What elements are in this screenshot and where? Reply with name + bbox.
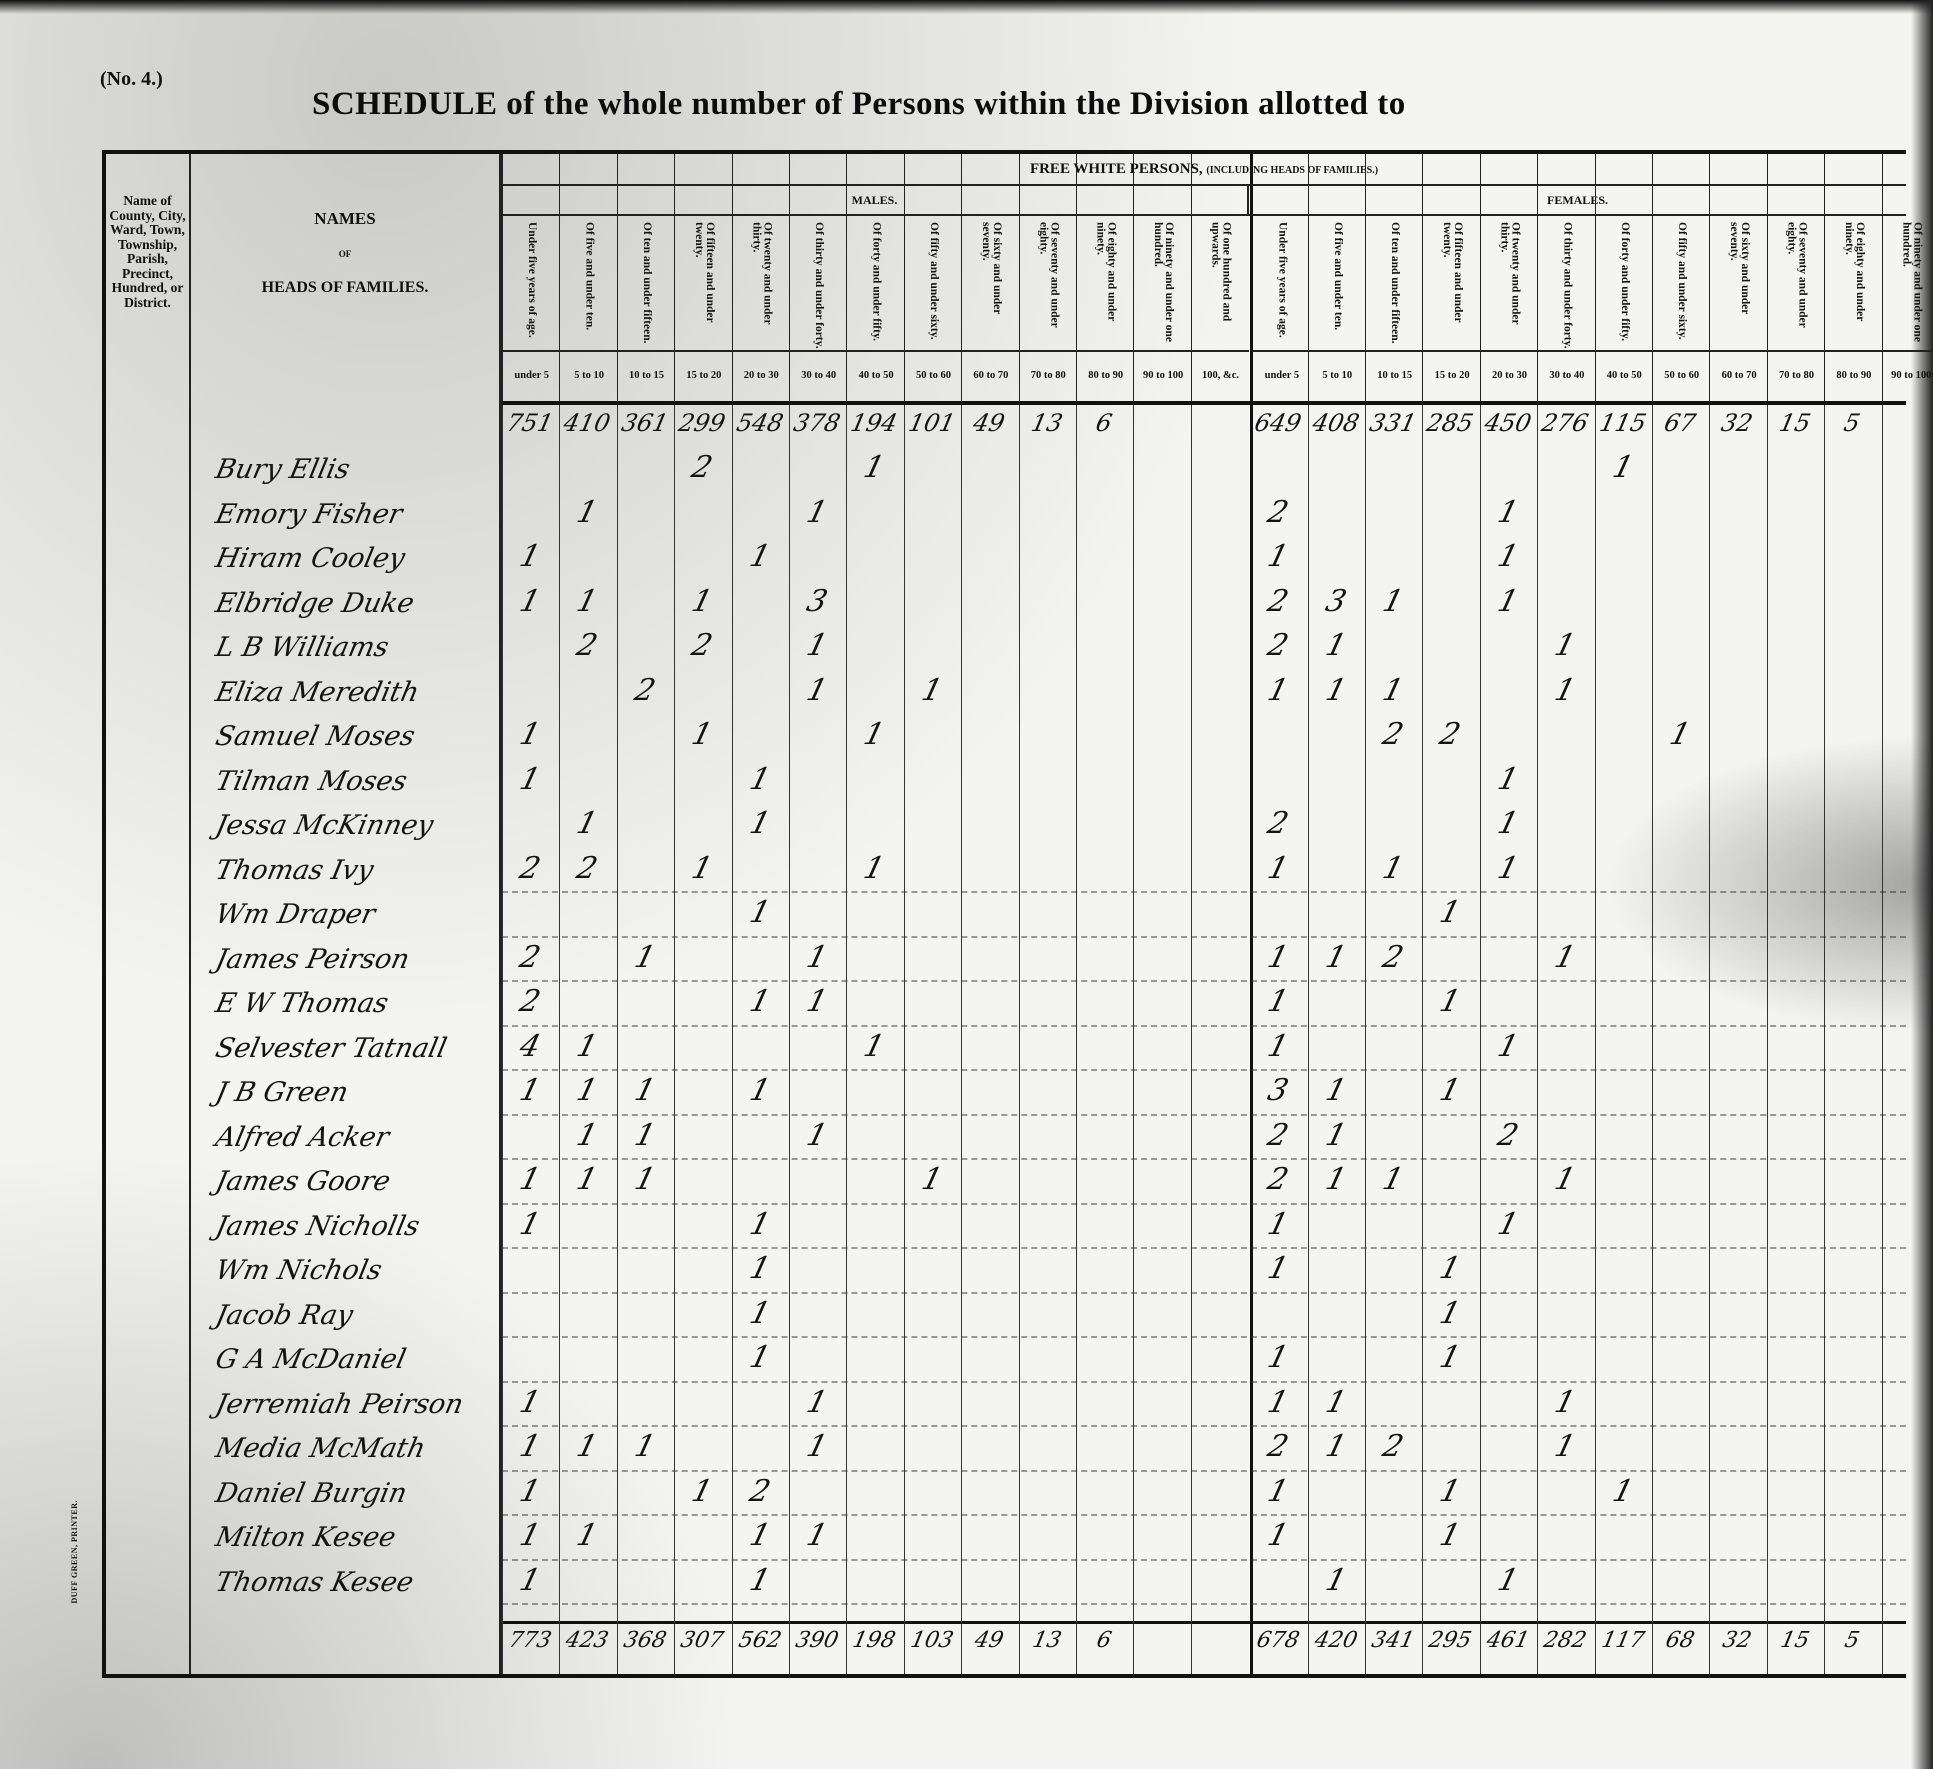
head-of-family-name: Wm Nichols — [213, 1255, 385, 1286]
age-range-label: 10 to 15 — [618, 352, 675, 400]
head-of-family-name: Milton Kesee — [213, 1522, 399, 1553]
tally-cell: 1 — [502, 717, 559, 752]
m-age-column-header: Of fifty and under sixty.50 to 60 — [904, 154, 962, 401]
age-column-label: Of eighty and under ninety. — [1077, 218, 1134, 352]
row-guide-line — [502, 1158, 1906, 1160]
m-age-column-header: Under five years of age.under 5 — [502, 154, 560, 401]
row-guide-line — [502, 1381, 1906, 1383]
f-age-column-header: Of ninety and under one hundred.90 to 10… — [1882, 154, 1933, 401]
m-age-column-header: Of fifteen and under twenty.15 to 20 — [674, 154, 732, 401]
head-of-family-name: Jerremiah Peirson — [213, 1389, 466, 1420]
tally-cell: 1 — [502, 1474, 559, 1509]
total-cell: 285 — [1423, 409, 1477, 437]
column-rule — [1595, 405, 1596, 1674]
column-rule — [1882, 405, 1883, 1674]
column-rule — [617, 405, 618, 1674]
tally-cell: 1 — [616, 940, 673, 975]
age-range-label: 40 to 50 — [1596, 352, 1653, 400]
tally-cell: 1 — [1537, 1385, 1594, 1420]
tally-cell: 1 — [1250, 673, 1307, 708]
total-cell: 450 — [1481, 409, 1535, 437]
schedule-title: SCHEDULE of the whole number of Persons … — [312, 86, 1406, 123]
head-of-family-name: Samuel Moses — [213, 721, 418, 752]
m-age-column-header: Of seventy and under eighty.70 to 80 — [1019, 154, 1077, 401]
total-cell: 6 — [1077, 1628, 1130, 1653]
tally-cell: 1 — [731, 895, 788, 930]
age-column-label: Of thirty and under forty. — [1538, 218, 1595, 352]
age-column-headers: FREE WHITE PERSONS, (INCLUDING HEADS OF … — [502, 154, 1906, 405]
tally-cell: 1 — [789, 984, 846, 1019]
total-cell: 276 — [1538, 409, 1592, 437]
tally-cell: 1 — [502, 1518, 559, 1553]
age-column-label: Of fifteen and under twenty. — [1423, 218, 1480, 352]
age-column-label: Of twenty and under thirty. — [1481, 218, 1538, 352]
tally-cell: 1 — [1250, 1251, 1307, 1286]
tally-cell: 1 — [1250, 1207, 1307, 1242]
tally-cell: 1 — [1307, 1429, 1364, 1464]
tally-cell: 1 — [846, 717, 903, 752]
tally-cell: 2 — [616, 673, 673, 708]
total-cell: 5 — [1825, 409, 1879, 437]
tally-cell: 1 — [1422, 984, 1479, 1019]
head-of-family-name: James Peirson — [213, 944, 413, 975]
age-label-text: Of twenty and under thirty. — [1498, 218, 1520, 350]
tally-cell: 1 — [1479, 806, 1536, 841]
head-of-family-name: Eliza Meredith — [213, 677, 422, 708]
row-guide-line — [502, 1025, 1906, 1027]
tally-cell: 1 — [731, 984, 788, 1019]
tally-cell: 1 — [502, 1162, 559, 1197]
tally-cell: 1 — [846, 450, 903, 485]
total-cell: 461 — [1481, 1628, 1534, 1653]
age-column-label: Of thirty and under forty. — [790, 218, 847, 352]
age-label-text: Of forty and under fifty. — [871, 218, 882, 341]
tally-cell: 1 — [1537, 673, 1594, 708]
age-column-label: Of sixty and under seventy. — [962, 218, 1019, 352]
tally-cell: 1 — [502, 1429, 559, 1464]
tally-cell: 1 — [1537, 1162, 1594, 1197]
total-cell: 32 — [1711, 1628, 1764, 1653]
tally-cell: 1 — [1307, 1073, 1364, 1108]
tally-cell: 1 — [1250, 1385, 1307, 1420]
tally-cell: 1 — [616, 1118, 673, 1153]
tally-cell: 1 — [1307, 673, 1364, 708]
row-guide-line — [502, 980, 1906, 982]
tally-cell: 1 — [731, 1251, 788, 1286]
m-age-column-header: Of ten and under fifteen.10 to 15 — [617, 154, 675, 401]
names-column-header: NAMES OF HEADS OF FAMILIES. — [191, 209, 499, 297]
column-rule — [961, 405, 962, 1674]
head-of-family-name: James Goore — [213, 1166, 393, 1197]
tally-cell: 1 — [1537, 1429, 1594, 1464]
tally-cell: 1 — [731, 1073, 788, 1108]
row-guide-line — [502, 891, 1906, 893]
head-of-family-name: Thomas Kesee — [213, 1567, 417, 1598]
age-label-text: Of five and under ten. — [1332, 218, 1343, 330]
tally-cell: 1 — [1422, 895, 1479, 930]
total-cell: 15 — [1768, 1628, 1821, 1653]
tally-cell: 2 — [1479, 1118, 1536, 1153]
tally-cell: 2 — [502, 984, 559, 1019]
tally-cell: 1 — [731, 806, 788, 841]
tally-cell: 1 — [1365, 673, 1422, 708]
f-age-column-header: Of thirty and under forty.30 to 40 — [1537, 154, 1595, 401]
row-guide-line — [502, 1203, 1906, 1205]
total-cell: 68 — [1653, 1628, 1706, 1653]
age-range-label: 50 to 60 — [905, 352, 962, 400]
tally-cell: 1 — [616, 1162, 673, 1197]
tally-cell: 1 — [1250, 940, 1307, 975]
age-label-text: Of seventy and under eighty. — [1037, 218, 1059, 350]
age-label-text: Of fifty and under sixty. — [928, 218, 939, 340]
tally-cell: 2 — [1250, 1162, 1307, 1197]
tally-cell: 1 — [1422, 1073, 1479, 1108]
county-column-header: Name of County, City, Ward, Town, Townsh… — [106, 194, 189, 310]
tally-cell: 1 — [731, 1340, 788, 1375]
tally-cell: 1 — [1594, 450, 1651, 485]
row-guide-line — [502, 1425, 1906, 1427]
age-range-label: 50 to 60 — [1653, 352, 1710, 400]
tally-cell: 2 — [1250, 806, 1307, 841]
tally-cell: 1 — [789, 1385, 846, 1420]
tally-cell: 1 — [1250, 1029, 1307, 1064]
row-guide-line — [502, 1114, 1906, 1116]
total-cell: 378 — [790, 409, 844, 437]
total-cell: 13 — [1020, 409, 1074, 437]
tally-cell: 1 — [1594, 1474, 1651, 1509]
age-range-label: 15 to 20 — [675, 352, 732, 400]
column-rule — [1191, 405, 1192, 1674]
age-range-label: 20 to 30 — [733, 352, 790, 400]
age-column-label: Of twenty and under thirty. — [733, 218, 790, 352]
m-age-column-header: Of five and under ten.5 to 10 — [559, 154, 617, 401]
head-of-family-name: L B Williams — [213, 632, 392, 663]
head-of-family-name: J B Green — [213, 1077, 351, 1108]
total-cell: 6 — [1077, 409, 1131, 437]
row-guide-line — [502, 1336, 1906, 1338]
m-age-column-header: Of forty and under fifty.40 to 50 — [846, 154, 904, 401]
tally-cell: 1 — [1307, 940, 1364, 975]
age-column-label: Of ten and under fifteen. — [618, 218, 675, 352]
head-of-family-name: Alfred Acker — [213, 1122, 392, 1153]
tally-cell: 2 — [674, 450, 731, 485]
column-rule — [1365, 405, 1366, 1674]
total-cell: 117 — [1596, 1628, 1649, 1653]
age-range-label: 70 to 80 — [1020, 352, 1077, 400]
tally-cell: 1 — [674, 584, 731, 619]
names-label: NAMES — [191, 209, 499, 229]
total-cell: 361 — [618, 409, 672, 437]
tally-cell: 1 — [1422, 1518, 1479, 1553]
age-label-text: Of twenty and under thirty. — [750, 218, 772, 350]
tally-cell: 3 — [789, 584, 846, 619]
age-label-text: Of sixty and under seventy. — [980, 218, 1002, 350]
column-rule — [1250, 405, 1253, 1674]
row-guide-line — [502, 1247, 1906, 1249]
age-column-label: Of ten and under fifteen. — [1366, 218, 1423, 352]
age-label-text: Of ninety and under one hundred. — [1152, 218, 1174, 350]
tally-cell: 1 — [1250, 984, 1307, 1019]
age-label-text: Of one hundred and upwards. — [1209, 218, 1231, 350]
tally-cell: 1 — [1479, 584, 1536, 619]
head-of-family-name: Elbridge Duke — [213, 588, 417, 619]
total-cell: 408 — [1309, 409, 1363, 437]
tally-cell: 1 — [731, 1563, 788, 1598]
age-column-label: Of seventy and under eighty. — [1020, 218, 1077, 352]
tally-cell: 1 — [1250, 851, 1307, 886]
total-cell: 32 — [1710, 409, 1764, 437]
f-age-column-header: Of five and under ten.5 to 10 — [1308, 154, 1366, 401]
column-rule — [1019, 405, 1020, 1674]
form-number: (No. 4.) — [100, 68, 163, 91]
tally-cell: 2 — [1365, 717, 1422, 752]
column-rule — [1308, 405, 1309, 1674]
column-rule — [1133, 405, 1134, 1674]
age-range-label: 90 to 100 — [1883, 352, 1933, 400]
tally-cell: 1 — [789, 495, 846, 530]
heads-of-families-label: HEADS OF FAMILIES. — [191, 279, 499, 297]
tally-cell: 2 — [674, 628, 731, 663]
column-rule — [1422, 405, 1423, 1674]
tally-cell: 1 — [559, 584, 616, 619]
tally-cell: 2 — [731, 1474, 788, 1509]
tally-cell: 1 — [903, 673, 960, 708]
tally-cell: 1 — [1537, 940, 1594, 975]
row-guide-line — [502, 1292, 1906, 1294]
tally-cell: 2 — [559, 851, 616, 886]
column-rule — [1824, 405, 1825, 1674]
total-cell: 410 — [560, 409, 614, 437]
age-column-label: Of fifty and under sixty. — [1653, 218, 1710, 352]
tally-cell: 2 — [1250, 584, 1307, 619]
age-range-label: 40 to 50 — [847, 352, 904, 400]
age-column-label: Of ninety and under one hundred. — [1134, 218, 1191, 352]
tally-cell: 1 — [559, 806, 616, 841]
column-rule — [1076, 405, 1077, 1674]
row-guide-line — [502, 1470, 1906, 1472]
tally-cell: 1 — [1365, 1162, 1422, 1197]
tally-cell: 1 — [1365, 584, 1422, 619]
tally-cell: 3 — [1250, 1073, 1307, 1108]
age-range-label: 20 to 30 — [1481, 352, 1538, 400]
age-label-text: Of thirty and under forty. — [1561, 218, 1572, 349]
tally-cell: 2 — [1250, 495, 1307, 530]
age-label-text: Of ninety and under one hundred. — [1900, 218, 1922, 350]
tally-cell: 1 — [1537, 628, 1594, 663]
head-of-family-name: Bury Ellis — [213, 454, 353, 485]
f-age-column-header: Of twenty and under thirty.20 to 30 — [1480, 154, 1538, 401]
age-column-label: Of fifteen and under twenty. — [675, 218, 732, 352]
tally-cell: 2 — [1365, 1429, 1422, 1464]
age-column-label: Of five and under ten. — [1309, 218, 1366, 352]
f-age-column-header: Of forty and under fifty.40 to 50 — [1595, 154, 1653, 401]
tally-cell: 4 — [502, 1029, 559, 1064]
age-range-label: 30 to 40 — [790, 352, 847, 400]
f-age-column-header: Of fifteen and under twenty.15 to 20 — [1422, 154, 1480, 401]
total-cell: 15 — [1768, 409, 1822, 437]
age-label-text: Of sixty and under seventy. — [1728, 218, 1750, 350]
total-cell: 49 — [963, 1628, 1016, 1653]
m-age-column-header: Of sixty and under seventy.60 to 70 — [961, 154, 1019, 401]
age-label-text: Under five years of age. — [526, 218, 537, 338]
tally-cell: 1 — [559, 1029, 616, 1064]
tally-cell: 1 — [559, 1118, 616, 1153]
age-column-label: Of one hundred and upwards. — [1192, 218, 1249, 352]
tally-grid: 7514103612995483781941014913664940833128… — [502, 405, 1906, 1674]
total-cell: 295 — [1424, 1628, 1477, 1653]
total-cell: 562 — [733, 1628, 786, 1653]
total-cell: 649 — [1251, 409, 1305, 437]
total-cell: 13 — [1020, 1628, 1073, 1653]
scan-edge-top — [0, 0, 1933, 14]
m-age-column-header: Of eighty and under ninety.80 to 90 — [1076, 154, 1134, 401]
tally-cell: 1 — [1250, 1340, 1307, 1375]
age-range-label: 80 to 90 — [1825, 352, 1882, 400]
age-column-label: Under five years of age. — [503, 218, 560, 352]
head-of-family-name: Daniel Burgin — [213, 1478, 410, 1509]
age-column-label: Of five and under ten. — [560, 218, 617, 352]
tally-cell: 1 — [1422, 1251, 1479, 1286]
total-cell: 420 — [1309, 1628, 1362, 1653]
age-column-label: Of eighty and under ninety. — [1825, 218, 1882, 352]
column-rule — [674, 405, 675, 1674]
head-of-family-name: Selvester Tatnall — [213, 1033, 450, 1064]
tally-cell: 1 — [1479, 851, 1536, 886]
age-column-label: Under five years of age. — [1253, 218, 1310, 352]
tally-cell: 1 — [789, 1518, 846, 1553]
head-of-family-name: G A McDaniel — [213, 1344, 409, 1375]
tally-cell: 1 — [846, 851, 903, 886]
tally-cell: 1 — [1479, 495, 1536, 530]
tally-cell: 1 — [1479, 539, 1536, 574]
tally-cell: 1 — [1307, 628, 1364, 663]
totals-rule — [502, 1621, 1906, 1624]
f-age-column-header: Of eighty and under ninety.80 to 90 — [1824, 154, 1882, 401]
tally-cell: 1 — [731, 539, 788, 574]
f-age-column-header: Of fifty and under sixty.50 to 60 — [1652, 154, 1710, 401]
tally-cell: 1 — [1250, 1474, 1307, 1509]
head-of-family-name: James Nicholls — [213, 1211, 423, 1242]
tally-cell: 1 — [674, 1474, 731, 1509]
tally-cell: 1 — [1479, 1563, 1536, 1598]
tally-cell: 1 — [502, 1207, 559, 1242]
printer-imprint: DUFF GREEN, PRINTER. — [70, 1500, 79, 1603]
age-range-label: 100, &c. — [1192, 352, 1249, 400]
head-of-family-name: Jessa McKinney — [213, 810, 436, 841]
age-range-label: 5 to 10 — [560, 352, 617, 400]
column-rule — [732, 405, 733, 1674]
row-guide-line — [502, 1559, 1906, 1561]
tally-cell: 1 — [789, 673, 846, 708]
head-of-family-name: Hiram Cooley — [213, 543, 408, 574]
head-of-family-name: E W Thomas — [213, 988, 391, 1019]
m-age-column-header: Of thirty and under forty.30 to 40 — [789, 154, 847, 401]
age-range-label: 60 to 70 — [1710, 352, 1767, 400]
total-cell: 299 — [675, 409, 729, 437]
age-column-label: Of forty and under fifty. — [847, 218, 904, 352]
tally-cell: 1 — [502, 539, 559, 574]
total-cell: 751 — [503, 409, 557, 437]
age-range-label: 60 to 70 — [962, 352, 1019, 400]
total-cell: 67 — [1653, 409, 1707, 437]
tally-cell: 1 — [502, 1073, 559, 1108]
column-rule — [559, 405, 560, 1674]
total-cell: 390 — [790, 1628, 843, 1653]
total-cell: 368 — [618, 1628, 671, 1653]
column-rule — [1537, 405, 1538, 1674]
age-label-text: Of five and under ten. — [584, 218, 595, 330]
age-label-text: Of eighty and under ninety. — [1095, 218, 1117, 350]
tally-cell: 1 — [616, 1429, 673, 1464]
age-label-text: Of seventy and under eighty. — [1785, 218, 1807, 350]
age-range-label: 10 to 15 — [1366, 352, 1423, 400]
total-cell: 103 — [905, 1628, 958, 1653]
tally-cell: 1 — [789, 940, 846, 975]
total-cell: 198 — [848, 1628, 901, 1653]
total-cell: 307 — [676, 1628, 729, 1653]
m-age-column-header: Of one hundred and upwards.100, &c. — [1191, 154, 1249, 401]
column-rule — [789, 405, 790, 1674]
row-guide-line — [502, 936, 1906, 938]
total-cell: 194 — [847, 409, 901, 437]
tally-cell: 1 — [789, 628, 846, 663]
tally-cell: 1 — [1250, 1518, 1307, 1553]
tally-cell: 2 — [502, 851, 559, 886]
total-cell: 678 — [1252, 1628, 1305, 1653]
age-range-label: 30 to 40 — [1538, 352, 1595, 400]
tally-cell: 1 — [731, 1207, 788, 1242]
row-guide-line — [502, 1514, 1906, 1516]
age-range-label: 90 to 100 — [1134, 352, 1191, 400]
age-range-label: under 5 — [503, 352, 560, 400]
age-label-text: Of forty and under fifty. — [1619, 218, 1630, 341]
county-column: Name of County, City, Ward, Town, Townsh… — [106, 154, 191, 1674]
tally-cell: 1 — [559, 1162, 616, 1197]
total-cell: 282 — [1539, 1628, 1592, 1653]
column-rule — [1709, 405, 1710, 1674]
tally-cell: 1 — [1479, 762, 1536, 797]
row-guide-line — [502, 1603, 1906, 1605]
age-range-label: 5 to 10 — [1309, 352, 1366, 400]
tally-cell: 1 — [1365, 851, 1422, 886]
tally-cell: 1 — [1307, 1162, 1364, 1197]
total-cell: 548 — [733, 409, 787, 437]
age-label-text: Under five years of age. — [1276, 218, 1287, 338]
head-of-family-name: Jacob Ray — [213, 1300, 356, 1331]
tally-cell: 2 — [559, 628, 616, 663]
total-cell: 423 — [561, 1628, 614, 1653]
tally-cell: 3 — [1307, 584, 1364, 619]
census-form: Name of County, City, Ward, Town, Townsh… — [102, 150, 1906, 1678]
tally-cell: 2 — [1250, 1429, 1307, 1464]
tally-cell: 1 — [1479, 1029, 1536, 1064]
tally-cell: 1 — [559, 1518, 616, 1553]
age-range-label: 70 to 80 — [1768, 352, 1825, 400]
column-rule — [1767, 405, 1768, 1674]
age-column-label: Of seventy and under eighty. — [1768, 218, 1825, 352]
tally-cell: 1 — [559, 1429, 616, 1464]
column-rule — [846, 405, 847, 1674]
column-rule — [904, 405, 905, 1674]
tally-cell: 1 — [559, 1073, 616, 1108]
tally-cell: 1 — [1422, 1340, 1479, 1375]
head-of-family-name: Wm Draper — [213, 899, 378, 930]
total-cell: 101 — [905, 409, 959, 437]
age-label-text: Of fifteen and under twenty. — [1441, 218, 1463, 350]
tally-cell: 1 — [502, 584, 559, 619]
tally-cell: 1 — [1422, 1296, 1479, 1331]
tally-cell: 1 — [731, 762, 788, 797]
